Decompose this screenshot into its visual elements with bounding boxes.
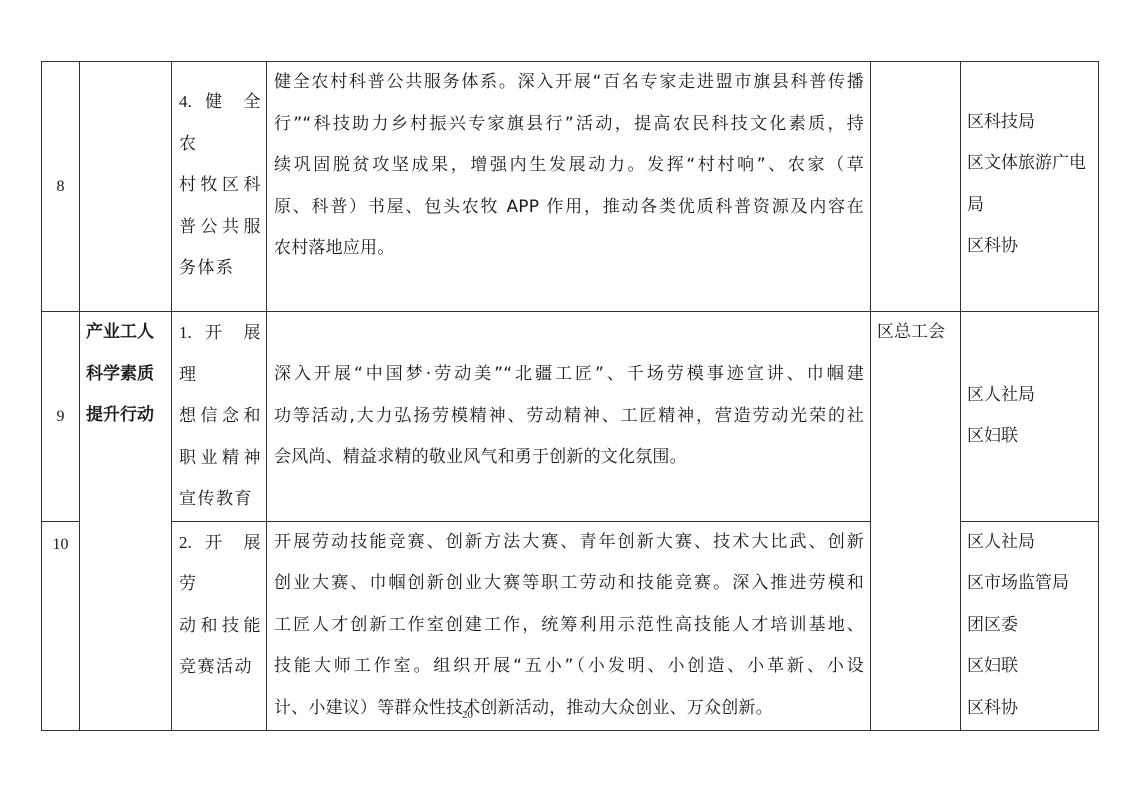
lead-unit-cell [871, 62, 961, 312]
category-cell: 产业工人 科学素质 提升行动 [80, 312, 172, 731]
task-line: 务体系 [179, 248, 262, 290]
description-line: 创业大赛、巾帼创新创业大赛等职工劳动和技能竞赛。深入推进劳模和 [274, 563, 864, 605]
row-number: 10 [42, 521, 80, 730]
participating-unit: 区科技局 [967, 102, 1092, 144]
description-line: 农村落地应用。 [274, 228, 864, 270]
action-plan-table: 8 4. 健 全 农 村牧区科 普公共服 务体系 健全农村科普公共服务体系。深入… [41, 61, 1099, 731]
description-cell: 开展劳动技能竞赛、创新方法大赛、青年创新大赛、技术大比武、创新 创业大赛、巾帼创… [267, 521, 871, 730]
description-line: 功等活动,大力弘扬劳模精神、劳动精神、工匠精神，营造劳动光荣的社 [274, 396, 864, 438]
task-line: 竞赛活动 [179, 647, 262, 689]
description-line: 续巩固脱贫攻坚成果，增强内生发展动力。发挥“村村响”、农家（草 [274, 145, 864, 187]
description-line: 健全农村科普公共服务体系。深入开展“百名专家走进盟市旗县科普传播 [274, 62, 864, 104]
participating-units-cell: 区人社局 区市场监管局 团区委 区妇联 区科协 [961, 521, 1099, 730]
description-line: 技能大师工作室。组织开展“五小”（小发明、小创造、小革新、小设 [274, 646, 864, 688]
participating-unit: 区人社局 [967, 375, 1092, 417]
row-number: 8 [42, 62, 80, 312]
description-line: 开展劳动技能竞赛、创新方法大赛、青年创新大赛、技术大比武、创新 [274, 522, 864, 564]
description-line: 会风尚、精益求精的敬业风气和勇于创新的文化氛围。 [274, 437, 864, 479]
category-line: 产业工人 [86, 312, 167, 354]
task-line: 4. 健 全 农 [179, 81, 262, 165]
category-line: 提升行动 [86, 395, 167, 437]
participating-unit: 区科协 [967, 226, 1092, 268]
task-cell: 4. 健 全 农 村牧区科 普公共服 务体系 [172, 62, 267, 312]
row-number: 9 [42, 312, 80, 522]
participating-unit: 区人社局 [967, 522, 1092, 564]
participating-unit: 局 [967, 185, 1092, 227]
task-cell: 1. 开 展 理 想信念和 职业精神 宣传教育 [172, 312, 267, 522]
participating-unit: 区文体旅游广电 [967, 143, 1092, 185]
participating-unit: 区妇联 [967, 416, 1092, 458]
participating-unit: 区市场监管局 [967, 563, 1092, 605]
description-cell: 健全农村科普公共服务体系。深入开展“百名专家走进盟市旗县科普传播 行”“科技助力… [267, 62, 871, 312]
task-line: 村牧区科 [179, 165, 262, 207]
task-line: 2. 开 展 劳 [179, 522, 262, 606]
category-cell [80, 62, 172, 312]
description-line: 工匠人才创新工作室创建工作，统筹利用示范性高技能人才培训基地、 [274, 605, 864, 647]
description-line: 原、科普）书屋、包头农牧 APP 作用，推动各类优质科普资源及内容在 [274, 187, 864, 229]
participating-units-cell: 区科技局 区文体旅游广电 局 区科协 [961, 62, 1099, 312]
task-line: 普公共服 [179, 207, 262, 249]
participating-units-cell: 区人社局 区妇联 [961, 312, 1099, 522]
description-line: 计、小建议）等群众性技术创新活动，推动大众创业、万众创新。 [274, 688, 864, 730]
task-line: 1. 开 展 理 [179, 312, 262, 396]
description-cell: 深入开展“中国梦·劳动美”“北疆工匠”、千场劳模事迹宣讲、巾帼建 功等活动,大力… [267, 312, 871, 522]
page-number: 20 [462, 709, 473, 721]
task-cell: 2. 开 展 劳 动和技能 竞赛活动 [172, 521, 267, 730]
participating-unit: 团区委 [967, 605, 1092, 647]
participating-unit: 区科协 [967, 688, 1092, 730]
document-page: 8 4. 健 全 农 村牧区科 普公共服 务体系 健全农村科普公共服务体系。深入… [0, 0, 1122, 789]
task-line: 动和技能 [179, 606, 262, 648]
description-line: 行”“科技助力乡村振兴专家旗县行”活动，提高农民科技文化素质，持 [274, 104, 864, 146]
task-line: 想信念和 [179, 396, 262, 438]
description-line: 深入开展“中国梦·劳动美”“北疆工匠”、千场劳模事迹宣讲、巾帼建 [274, 354, 864, 396]
table-row: 9 产业工人 科学素质 提升行动 1. 开 展 理 想信念和 职业精神 宣传教育 [42, 312, 1099, 522]
task-line: 宣传教育 [179, 479, 262, 521]
table-row: 8 4. 健 全 农 村牧区科 普公共服 务体系 健全农村科普公共服务体系。深入… [42, 62, 1099, 312]
category-line: 科学素质 [86, 354, 167, 396]
task-line: 职业精神 [179, 438, 262, 480]
participating-unit: 区妇联 [967, 646, 1092, 688]
lead-unit-cell: 区总工会 [871, 312, 961, 731]
